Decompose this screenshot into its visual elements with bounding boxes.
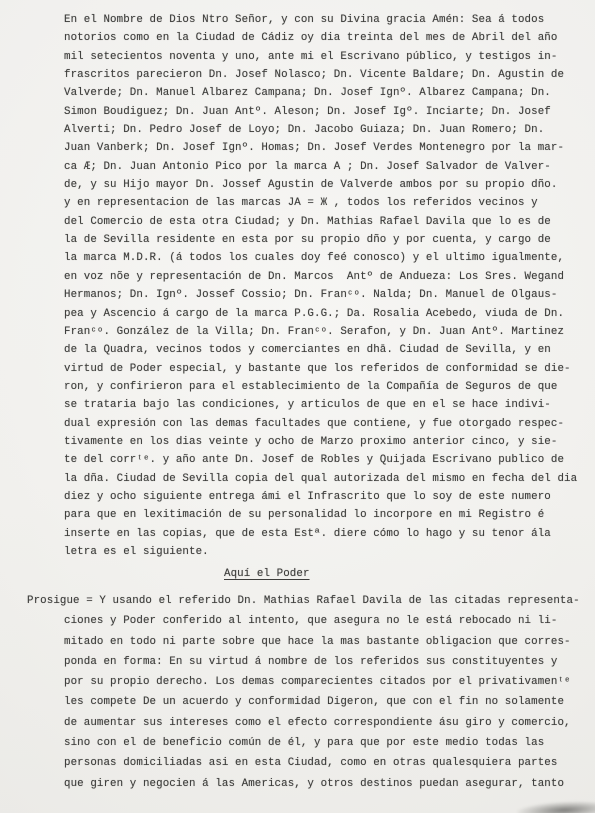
text-line: dual expresión con las demas facultades … <box>64 415 577 433</box>
text-line: tivamente en los dias veinte y ocho de M… <box>64 433 577 451</box>
text-line: que giren y negocien á las Americas, y o… <box>64 774 580 794</box>
text-line: En el Nombre de Dios Ntro Señor, y con s… <box>64 11 577 29</box>
text-line: ponda en forma: En su virtud á nombre de… <box>64 652 580 672</box>
text-line: Prosigue = Y usando el referido Dn. Math… <box>27 591 580 611</box>
text-line: ciones y Poder conferido al intento, que… <box>64 611 580 631</box>
text-line: por su propio derecho. Los demas compare… <box>64 672 580 692</box>
text-line: personas domiciliadas asi en esta Ciudad… <box>64 753 580 773</box>
text-line: sino con el de beneficio común de él, y … <box>64 733 580 753</box>
paragraph-prosigue: Prosigue = Y usando el referido Dn. Math… <box>64 591 580 794</box>
text-line: de aumentar sus intereses como el efecto… <box>64 713 580 733</box>
text-line: Juan Vanberk; Dn. Josef Ignº. Homas; Dn.… <box>64 139 577 157</box>
text-line: frascritos parecieron Dn. Josef Nolasco;… <box>64 66 577 84</box>
text-line: inserte en las copias, que de esta Estª.… <box>64 525 577 543</box>
section-heading: Aquí el Poder <box>224 568 310 580</box>
text-line: Simon Boudiguez; Dn. Juan Antº. Aleson; … <box>64 103 577 121</box>
text-line: del Comercio de esta otra Ciudad; y Dn. … <box>64 213 577 231</box>
text-line: les compete De un acuerdo y conformidad … <box>64 692 580 712</box>
text-line: notorios como en la Ciudad de Cádiz oy d… <box>64 29 577 47</box>
text-line: diez y ocho siguiente entrega ámi el Inf… <box>64 488 577 506</box>
text-line: ron, y confirieron para el establecimien… <box>64 378 577 396</box>
text-line: la dña. Ciudad de Sevilla copia del qual… <box>64 470 577 488</box>
text-line: ca Æ; Dn. Juan Antonio Pico por la marca… <box>64 158 577 176</box>
text-line: la de Sevilla residente en esta por su p… <box>64 231 577 249</box>
text-line: y en representacion de las marcas JA = Ж… <box>64 194 577 212</box>
document-page: En el Nombre de Dios Ntro Señor, y con s… <box>0 0 595 813</box>
text-line: en voz nõe y representación de Dn. Marco… <box>64 268 577 286</box>
text-line: para que en lexitimación de su personali… <box>64 506 577 524</box>
text-line: la marca M.D.R. (á todos los cuales doy … <box>64 249 577 267</box>
text-line: letra es el siguiente. <box>64 543 577 561</box>
text-line: Franᶜᵒ. González de la Villa; Dn. Franᶜᵒ… <box>64 323 577 341</box>
scan-smudge <box>517 800 595 813</box>
text-line: Hermanos; Dn. Ignº. Jossef Cossio; Dn. F… <box>64 286 577 304</box>
text-line: de, y su Hijo mayor Dn. Jossef Agustin d… <box>64 176 577 194</box>
text-line: mil setecientos noventa y uno, ante mi e… <box>64 48 577 66</box>
text-line: se trataria bajo las condiciones, y arti… <box>64 396 577 414</box>
text-line: virtud de Poder especial, y bastante que… <box>64 360 577 378</box>
text-line: pea y Ascencio á cargo de la marca P.G.G… <box>64 305 577 323</box>
section-heading-row: Aquí el Poder <box>0 568 595 580</box>
text-line: de la Quadra, vecinos todos y comerciant… <box>64 341 577 359</box>
text-line: Alverti; Dn. Pedro Josef de Loyo; Dn. Ja… <box>64 121 577 139</box>
text-line: Valverde; Dn. Manuel Albarez Campana; Dn… <box>64 84 577 102</box>
paragraph-preamble: En el Nombre de Dios Ntro Señor, y con s… <box>64 11 577 561</box>
text-line: te del corrᵗᵉ. y año ante Dn. Josef de R… <box>64 451 577 469</box>
text-line: mitado en todo ni parte sobre que hace l… <box>64 632 580 652</box>
